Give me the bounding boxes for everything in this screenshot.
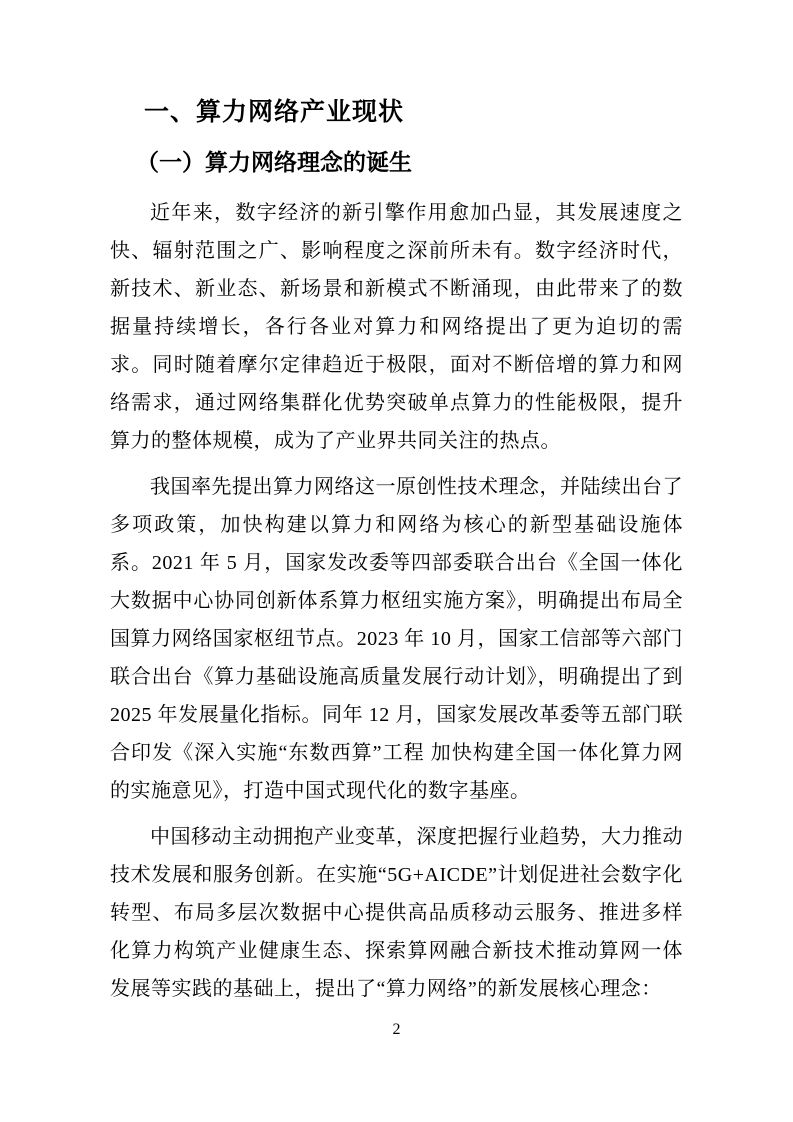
subsection-heading: （一）算力网络理念的诞生 [110,148,683,178]
paragraph-3: 中国移动主动拥抱产业变革，深度把握行业趋势，大力推动技术发展和服务创新。在实施“… [110,818,683,1008]
paragraph-1: 近年来，数字经济的新引擎作用愈加凸显，其发展速度之快、辐射范围之广、影响程度之深… [110,194,683,460]
paragraph-2: 我国率先提出算力网络这一原创性技术理念，并陆续出台了多项政策，加快构建以算力和网… [110,468,683,810]
section-heading: 一、算力网络产业现状 [110,97,683,127]
page-number: 2 [0,1020,793,1040]
document-page: 一、算力网络产业现状 （一）算力网络理念的诞生 近年来，数字经济的新引擎作用愈加… [0,0,793,1122]
document-content: 一、算力网络产业现状 （一）算力网络理念的诞生 近年来，数字经济的新引擎作用愈加… [110,0,683,1008]
